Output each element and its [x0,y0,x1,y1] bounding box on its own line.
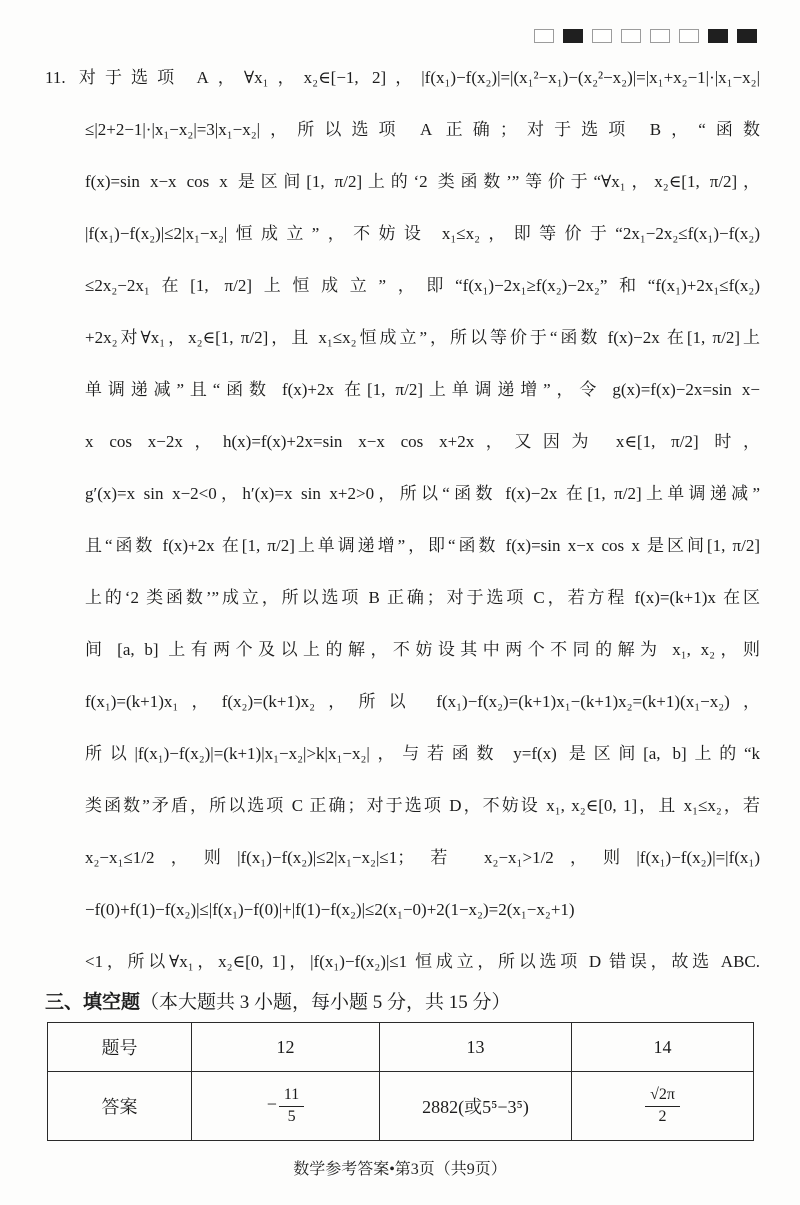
solution-line: f(x)=sin x−x cos x 是区间[1, π/2]上的‘2 类函数’”… [45,156,760,208]
table-answer-row: 答案 −115 2882(或5⁵−3⁵) √2π2 [48,1072,754,1141]
table-header-q14: 14 [572,1023,754,1072]
table-header-row: 题号 12 13 14 [48,1023,754,1072]
solution-line: x cos x−2x，h(x)=f(x)+2x=sin x−x cos x+2x… [45,416,760,468]
outline-alignment-square [534,29,554,43]
answer-q14-fraction: √2π2 [645,1086,680,1126]
answers-table: 题号 12 13 14 答案 −115 2882(或5⁵−3⁵) √2π2 [47,1022,754,1141]
fraction-numerator: 11 [279,1086,304,1106]
solution-line: ≤2x₂−2x₁在[1, π/2]上恒成立”，即“f(x₁)−2x₁≥f(x₂)… [45,260,760,312]
table-header-label: 题号 [48,1023,192,1072]
fraction-denominator: 2 [645,1107,680,1126]
solution-line: −f(0)+f(1)−f(x₂)|≤|f(x₁)−f(0)|+|f(1)−f(x… [45,884,760,936]
solution-line: 间 [a, b] 上有两个及以上的解，不妨设其中两个不同的解为 x₁, x₂，则 [45,624,760,676]
solution-line: x₂−x₁≤1/2，则|f(x₁)−f(x₂)|≤2|x₁−x₂|≤1；若 x₂… [45,832,760,884]
outline-alignment-square [679,29,699,43]
outline-alignment-square [650,29,670,43]
solution-line: <1，所以∀x₁，x₂∈[0, 1]，|f(x₁)−f(x₂)|≤1 恒成立，所… [45,936,760,988]
solution-line: 11. 对于选项 A，∀x₁，x₂∈[−1, 2]，|f(x₁)−f(x₂)|=… [45,52,760,104]
solution-line: 单调递减”且“函数 f(x)+2x 在[1, π/2]上单调递增”，令 g(x)… [45,364,760,416]
answer-q13: 2882(或5⁵−3⁵) [380,1072,572,1141]
solution-line: +2x₂对∀x₁，x₂∈[1, π/2]，且 x₁≤x₂恒成立”，所以等价于“函… [45,312,760,364]
scanned-answer-page: { "alignment_marks": { "squares": ["outl… [0,0,800,1205]
solution-line: 且“函数 f(x)+2x 在[1, π/2]上单调递增”，即“函数 f(x)=s… [45,520,760,572]
table-header-q13: 13 [380,1023,572,1072]
answer-q14: √2π2 [572,1072,754,1141]
answer-q12-fraction: 115 [279,1086,304,1126]
solution-line: f(x₁)=(k+1)x₁，f(x₂)=(k+1)x₂，所以 f(x₁)−f(x… [45,676,760,728]
section-title-rest: （本大题共 3 小题，每小题 5 分，共 15 分） [140,992,511,1013]
filled-alignment-square [737,29,757,43]
solution-line: g′(x)=x sin x−2<0，h′(x)=x sin x+2>0，所以“函… [45,468,760,520]
answer-q12-sign: − [267,1094,277,1114]
solution-line: 所以|f(x₁)−f(x₂)|=(k+1)|x₁−x₂|>k|x₁−x₂|，与若… [45,728,760,780]
section-title: 三、填空题（本大题共 3 小题，每小题 5 分，共 15 分） [45,986,511,1020]
fraction-numerator: √2π [645,1086,680,1106]
answer-q12: −115 [192,1072,380,1141]
outline-alignment-square [621,29,641,43]
solution-line: 上的‘2 类函数’”成立，所以选项 B 正确；对于选项 C，若方程 f(x)=(… [45,572,760,624]
solution-line: ≤|2+2−1|·|x₁−x₂|=3|x₁−x₂|，所以选项 A 正确；对于选项… [45,104,760,156]
page-footer: 数学参考答案•第3页（共9页） [0,1156,800,1179]
table-header-q12: 12 [192,1023,380,1072]
section-title-bold: 三、填空题 [45,992,140,1013]
solution-line: 类函数”矛盾，所以选项 C 正确；对于选项 D，不妨设 x₁, x₂∈[0, 1… [45,780,760,832]
print-alignment-marks [534,29,757,43]
answer-row-label: 答案 [48,1072,192,1141]
outline-alignment-square [592,29,612,43]
filled-alignment-square [708,29,728,43]
question-11-solution: 11. 对于选项 A，∀x₁，x₂∈[−1, 2]，|f(x₁)−f(x₂)|=… [45,52,760,988]
filled-alignment-square [563,29,583,43]
solution-line: |f(x₁)−f(x₂)|≤2|x₁−x₂|恒成立”，不妨设 x₁≤x₂，即等价… [45,208,760,260]
fraction-denominator: 5 [279,1107,304,1126]
